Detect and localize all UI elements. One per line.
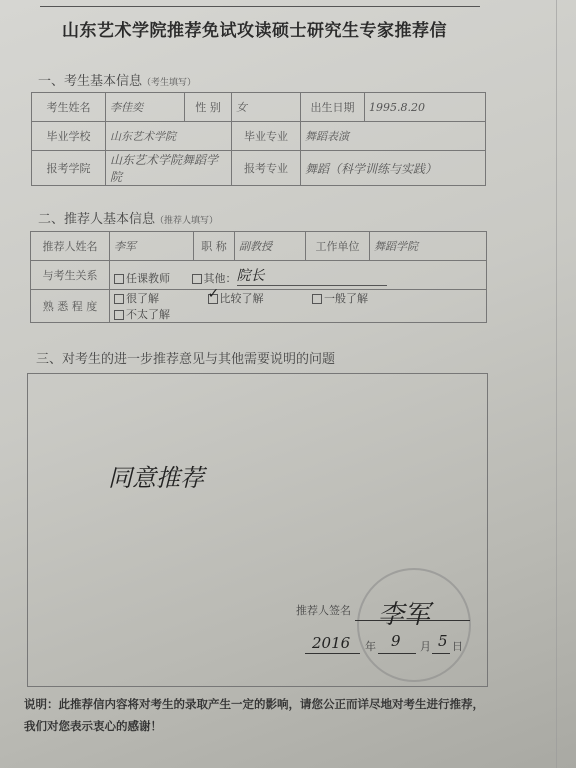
birthdate-value[interactable]: 1995.8.20 (365, 93, 486, 122)
grad-major-label: 毕业专业 (232, 122, 301, 151)
work-unit-value[interactable]: 舞蹈学院 (370, 232, 487, 261)
year-line (305, 653, 360, 654)
relation-other-value[interactable]: 院长 (237, 265, 387, 286)
section2-heading-text: 二、推荐人基本信息 (38, 212, 155, 227)
relation-label: 与考生关系 (31, 261, 110, 290)
checkbox-checked[interactable] (208, 294, 218, 304)
signature-value[interactable]: 李军 (378, 594, 430, 631)
familiarity-option-little[interactable]: 不太了解 (114, 306, 170, 322)
option-label: 比较了解 (220, 292, 264, 305)
recommender-info-table: 推荐人姓名 李军 职 称 副教授 工作单位 舞蹈学院 与考生关系 任课教师 其他… (30, 231, 487, 323)
paper-edge (556, 0, 557, 768)
gender-value[interactable]: 女 (232, 93, 301, 122)
work-unit-label: 工作单位 (306, 232, 370, 261)
date-month[interactable]: 9 (391, 632, 401, 650)
section1-note: （考生填写） (142, 78, 196, 88)
familiarity-label: 熟 悉 程 度 (31, 290, 110, 323)
grad-school-label: 毕业学校 (32, 122, 106, 151)
relation-options: 任课教师 其他：院长 (110, 261, 487, 290)
signature-label: 推荐人签名 (296, 602, 351, 618)
apply-major-value[interactable]: 舞蹈（科学训练与实践） (301, 151, 486, 186)
gender-label: 性 别 (185, 93, 232, 122)
option-label: 一般了解 (324, 292, 368, 305)
checkbox[interactable] (114, 310, 124, 320)
recommender-name-value[interactable]: 李军 (110, 232, 194, 261)
apply-college-value[interactable]: 山东艺术学院舞蹈学院 (106, 151, 232, 186)
date-year[interactable]: 2016 (312, 634, 350, 652)
opinion-text[interactable]: 同意推荐 (108, 458, 204, 493)
familiarity-option-very[interactable]: 很了解 (114, 290, 159, 306)
grad-school-value[interactable]: 山东艺术学院 (106, 122, 232, 151)
checkbox[interactable] (312, 294, 322, 304)
relation-option-other[interactable]: 其他：院长 (192, 265, 387, 286)
table-row: 报考学院 山东艺术学院舞蹈学院 报考专业 舞蹈（科学训练与实践） (32, 151, 486, 186)
section2-heading: 二、推荐人基本信息（推荐人填写） (38, 208, 218, 227)
grad-major-value[interactable]: 舞蹈表演 (301, 122, 486, 151)
candidate-name-value[interactable]: 李佳奕 (106, 93, 185, 122)
date-day[interactable]: 5 (438, 632, 448, 650)
year-suffix: 年 (365, 638, 376, 654)
footnote: 说明：此推荐信内容将对考生的录取产生一定的影响，请您公正而详尽地对考生进行推荐，… (24, 693, 494, 737)
title-label: 职 称 (194, 232, 235, 261)
table-row: 推荐人姓名 李军 职 称 副教授 工作单位 舞蹈学院 (31, 232, 487, 261)
familiarity-option-average[interactable]: 一般了解 (312, 290, 368, 306)
option-label: 其他： (204, 272, 237, 285)
checkbox[interactable] (192, 274, 202, 284)
table-row: 毕业学校 山东艺术学院 毕业专业 舞蹈表演 (32, 122, 486, 151)
table-row: 考生姓名 李佳奕 性 别 女 出生日期 1995.8.20 (32, 93, 486, 122)
birthdate-label: 出生日期 (301, 93, 365, 122)
section3-heading: 三、对考生的进一步推荐意见与其他需要说明的问题 (36, 348, 335, 367)
day-suffix: 日 (452, 638, 463, 654)
apply-major-label: 报考专业 (232, 151, 301, 186)
checkbox[interactable] (114, 274, 124, 284)
table-row: 与考生关系 任课教师 其他：院长 (31, 261, 487, 290)
section1-heading: 一、考生基本信息（考生填写） (38, 70, 196, 89)
option-label: 很了解 (126, 292, 159, 305)
month-line (378, 653, 416, 654)
month-suffix: 月 (420, 638, 431, 654)
apply-college-label: 报考学院 (32, 151, 106, 186)
table-row: 熟 悉 程 度 很了解 比较了解 一般了解 不太了解 (31, 290, 487, 323)
page-top-rule (40, 6, 480, 7)
familiarity-options: 很了解 比较了解 一般了解 不太了解 (110, 290, 487, 323)
candidate-name-label: 考生姓名 (32, 93, 106, 122)
relation-option-teacher[interactable]: 任课教师 (114, 270, 170, 286)
option-label: 不太了解 (126, 308, 170, 321)
recommender-name-label: 推荐人姓名 (31, 232, 110, 261)
checkbox[interactable] (114, 294, 124, 304)
document-title: 山东艺术学院推荐免试攻读硕士研究生专家推荐信 (62, 16, 447, 41)
section1-heading-text: 一、考生基本信息 (38, 74, 142, 89)
candidate-info-table: 考生姓名 李佳奕 性 别 女 出生日期 1995.8.20 毕业学校 山东艺术学… (31, 92, 486, 186)
title-value[interactable]: 副教授 (235, 232, 306, 261)
option-label: 任课教师 (126, 272, 170, 285)
familiarity-option-fairly[interactable]: 比较了解 (208, 290, 264, 306)
day-line (432, 653, 450, 654)
section2-note: （推荐人填写） (155, 216, 218, 226)
